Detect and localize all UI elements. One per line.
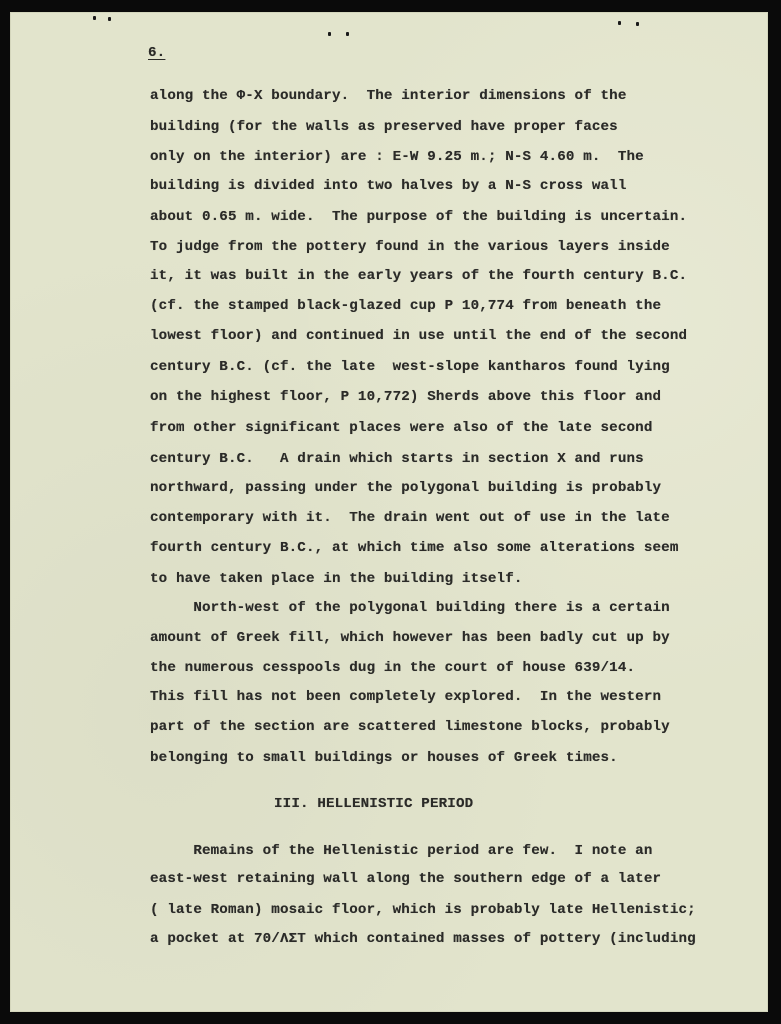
text-line: To judge from the pottery found in the v… bbox=[150, 240, 670, 254]
text-line: part of the section are scattered limest… bbox=[150, 720, 670, 734]
section-heading: III. HELLENISTIC PERIOD bbox=[274, 797, 473, 811]
text-line: on the highest floor, P 10,772) Sherds a… bbox=[150, 390, 661, 404]
page-number: 6. bbox=[148, 46, 165, 60]
punch-mark bbox=[93, 16, 96, 20]
punch-mark bbox=[346, 32, 349, 36]
text-line: along the Φ-X boundary. The interior dim… bbox=[150, 89, 627, 103]
text-line: Remains of the Hellenistic period are fe… bbox=[150, 844, 653, 858]
punch-mark bbox=[636, 22, 639, 26]
text-line: it, it was built in the early years of t… bbox=[150, 269, 687, 283]
text-line: lowest floor) and continued in use until… bbox=[150, 329, 687, 343]
text-line: a pocket at 70/ΛΣT which contained masse… bbox=[150, 932, 696, 946]
text-line: about 0.65 m. wide. The purpose of the b… bbox=[150, 210, 687, 224]
punch-mark bbox=[108, 17, 111, 21]
text-line: only on the interior) are : E-W 9.25 m.;… bbox=[150, 150, 644, 164]
text-line: This fill has not been completely explor… bbox=[150, 690, 661, 704]
text-line: building is divided into two halves by a… bbox=[150, 179, 627, 193]
punch-mark bbox=[618, 21, 621, 25]
text-line: century B.C. A drain which starts in sec… bbox=[150, 452, 644, 466]
text-line: North-west of the polygonal building the… bbox=[150, 601, 670, 615]
text-line: building (for the walls as preserved hav… bbox=[150, 120, 618, 134]
text-line: east-west retaining wall along the south… bbox=[150, 872, 661, 886]
text-line: fourth century B.C., at which time also … bbox=[150, 541, 679, 555]
punch-mark bbox=[328, 32, 331, 36]
text-line: ( late Roman) mosaic floor, which is pro… bbox=[150, 903, 696, 917]
text-line: century B.C. (cf. the late west-slope ka… bbox=[150, 360, 670, 374]
text-line: the numerous cesspools dug in the court … bbox=[150, 661, 635, 675]
text-line: to have taken place in the building itse… bbox=[150, 572, 523, 586]
text-line: belonging to small buildings or houses o… bbox=[150, 751, 618, 765]
text-line: amount of Greek fill, which however has … bbox=[150, 631, 670, 645]
text-line: (cf. the stamped black-glazed cup P 10,7… bbox=[150, 299, 661, 313]
text-line: from other significant places were also … bbox=[150, 421, 653, 435]
text-line: northward, passing under the polygonal b… bbox=[150, 481, 661, 495]
text-line: contemporary with it. The drain went out… bbox=[150, 511, 670, 525]
